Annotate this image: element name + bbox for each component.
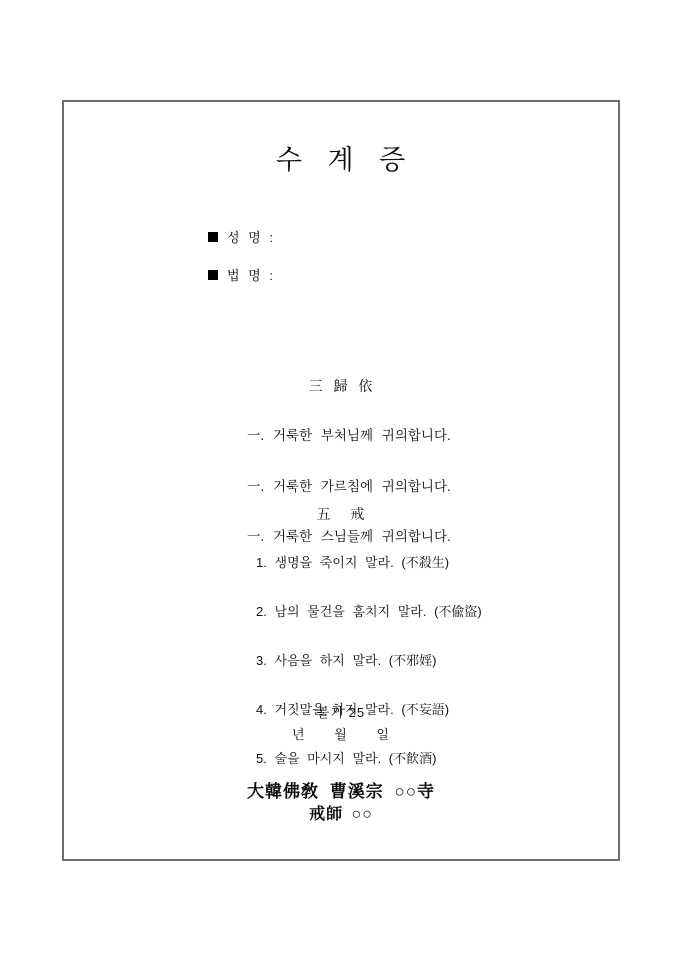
preceptor-name: 戒師 ○○: [64, 801, 618, 824]
refuge-item: 一. 거룩한 가르침에 귀의합니다.: [247, 477, 451, 498]
five-precepts-list: 1. 생명을 죽이지 말라. (不殺生) 2. 남의 물건을 훔치지 말라. (…: [256, 523, 482, 798]
certificate-page: 수 계 증 성 명 : 법 명 : 三 歸 依 一. 거룩한 부처님께 귀의합니…: [0, 0, 680, 962]
certificate-title: 수 계 증: [64, 138, 618, 177]
precept-item: 5. 술을 마시지 말라. (不飮酒): [256, 749, 482, 768]
black-square-bullet: [208, 270, 218, 280]
five-precepts-heading: 五 戒: [64, 504, 618, 524]
name-field-label: 성 명 :: [227, 227, 275, 246]
dharma-name-field-label: 법 명 :: [227, 265, 275, 284]
name-field-row: 성 명 :: [208, 227, 275, 246]
precept-item: 1. 생명을 죽이지 말라. (不殺生): [256, 553, 482, 572]
refuge-item: 一. 거룩한 부처님께 귀의합니다.: [247, 426, 451, 447]
precept-item: 2. 남의 물건을 훔치지 말라. (不偸盜): [256, 602, 482, 621]
dharma-name-field-row: 법 명 :: [208, 265, 275, 284]
issuing-organization: 大韓佛敎 曹溪宗 ○○寺: [64, 777, 618, 802]
page-border: 수 계 증 성 명 : 법 명 : 三 歸 依 一. 거룩한 부처님께 귀의합니…: [62, 100, 620, 861]
precept-item: 3. 사음을 하지 말라. (不邪婬): [256, 651, 482, 670]
black-square-bullet: [208, 232, 218, 242]
buddhist-era-line: 불기 25: [64, 702, 618, 721]
year-month-day-line: 년 월 일: [64, 724, 618, 743]
three-refuges-heading: 三 歸 依: [64, 376, 618, 396]
